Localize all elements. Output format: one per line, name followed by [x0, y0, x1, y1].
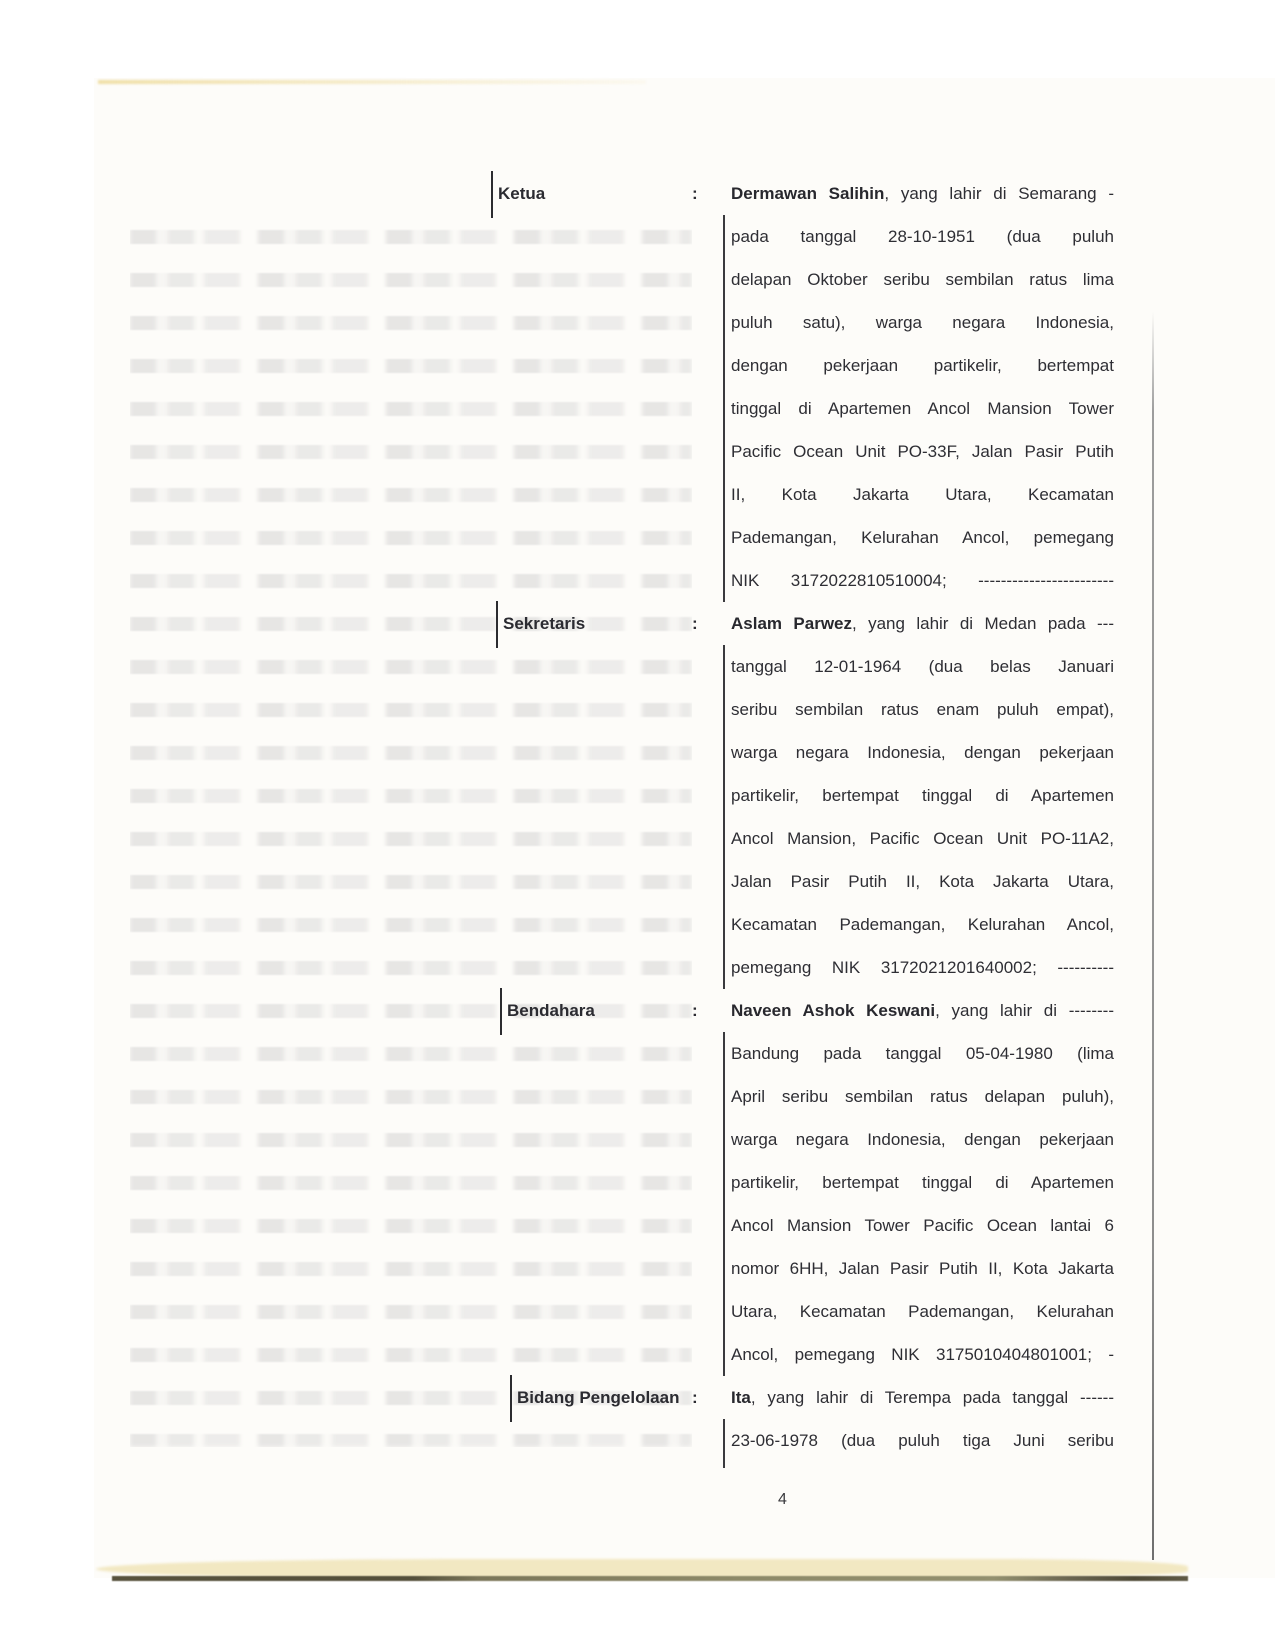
paragraph-line-rest: , yang lahir di -------- — [935, 1001, 1114, 1020]
paragraph-line: II, Kota Jakarta Utara, Kecamatan — [731, 473, 1114, 516]
role-label-text: Bidang Pengelolaan — [517, 1388, 679, 1407]
person-name: Dermawan Salihin — [731, 184, 884, 203]
bleedthrough-text — [130, 215, 692, 1447]
label-tick-mark — [510, 1375, 512, 1422]
margin-rule — [723, 1032, 725, 1376]
paragraph-line: warga negara Indonesia, dengan pekerjaan — [731, 731, 1114, 774]
paragraph-line: Ancol, pemegang NIK 3175010404801001; - — [731, 1333, 1114, 1376]
paragraph-line: warga negara Indonesia, dengan pekerjaan — [731, 1118, 1114, 1161]
role-label-text: Bendahara — [507, 1001, 595, 1020]
paragraph-line: seribu sembilan ratus enam puluh empat), — [731, 688, 1114, 731]
separator-colon: : — [692, 172, 704, 215]
paragraph-line: Naveen Ashok Keswani, yang lahir di ----… — [731, 989, 1114, 1032]
separator-colon: : — [692, 602, 704, 645]
paragraph-line: nomor 6HH, Jalan Pasir Putih II, Kota Ja… — [731, 1247, 1114, 1290]
paragraph-line-rest: , yang lahir di Medan pada --- — [852, 614, 1114, 633]
label-tick-mark — [491, 171, 493, 218]
separator-colon: : — [692, 1376, 704, 1419]
paragraph-line: partikelir, bertempat tinggal di Apartem… — [731, 1161, 1114, 1204]
scanned-document-page: Ketua : Dermawan Salihin, yang lahir di … — [0, 0, 1275, 1650]
margin-rule — [723, 645, 725, 989]
separator-colon: : — [692, 989, 704, 1032]
margin-rule — [723, 215, 725, 602]
role-label-bendahara: Bendahara — [507, 989, 595, 1032]
paragraph-line: pada tanggal 28-10-1951 (dua puluh — [731, 215, 1114, 258]
role-label-bidang-pengelolaan: Bidang Pengelolaan — [517, 1376, 679, 1419]
paragraph-line: partikelir, bertempat tinggal di Apartem… — [731, 774, 1114, 817]
paragraph-line: NIK 3172022810510004; ------------------… — [731, 559, 1114, 602]
paragraph-line: pemegang NIK 3172021201640002; ---------… — [731, 946, 1114, 989]
paragraph-line: Pademangan, Kelurahan Ancol, pemegang — [731, 516, 1114, 559]
paragraph-line: tinggal di Apartemen Ancol Mansion Tower — [731, 387, 1114, 430]
margin-rule — [723, 1419, 725, 1468]
paper-fold-line — [1152, 312, 1154, 1560]
paragraph-line: April seribu sembilan ratus delapan pulu… — [731, 1075, 1114, 1118]
paragraph-line: dengan pekerjaan partikelir, bertempat — [731, 344, 1114, 387]
paragraph-line: Aslam Parwez, yang lahir di Medan pada -… — [731, 602, 1114, 645]
person-name: Naveen Ashok Keswani — [731, 1001, 935, 1020]
paragraph-line: Ita, yang lahir di Terempa pada tanggal … — [731, 1376, 1114, 1419]
paper-edge-top — [98, 80, 646, 84]
paragraph-line: tanggal 12-01-1964 (dua belas Januari — [731, 645, 1114, 688]
role-label-sekretaris: Sekretaris — [503, 602, 585, 645]
paragraph-line: Dermawan Salihin, yang lahir di Semarang… — [731, 172, 1114, 215]
paragraph-line: 23-06-1978 (dua puluh tiga Juni seribu — [731, 1419, 1114, 1462]
label-tick-mark — [496, 601, 498, 648]
paragraph-line: Bandung pada tanggal 05-04-1980 (lima — [731, 1032, 1114, 1075]
label-tick-mark — [500, 988, 502, 1035]
paragraph-line: Jalan Pasir Putih II, Kota Jakarta Utara… — [731, 860, 1114, 903]
paper-edge-shadow — [112, 1576, 1188, 1581]
role-label-text: Ketua — [498, 184, 545, 203]
role-label-ketua: Ketua — [498, 172, 545, 215]
person-name: Ita — [731, 1388, 751, 1407]
paragraph-line: Kecamatan Pademangan, Kelurahan Ancol, — [731, 903, 1114, 946]
paragraph-line: Utara, Kecamatan Pademangan, Kelurahan — [731, 1290, 1114, 1333]
paragraph-line: Ancol Mansion Tower Pacific Ocean lantai… — [731, 1204, 1114, 1247]
paragraph-line-rest: , yang lahir di Terempa pada tanggal ---… — [751, 1388, 1114, 1407]
paragraph-line-rest: , yang lahir di Semarang - — [884, 184, 1114, 203]
paragraph-line: delapan Oktober seribu sembilan ratus li… — [731, 258, 1114, 301]
person-name: Aslam Parwez — [731, 614, 852, 633]
paragraph-line: Pacific Ocean Unit PO-33F, Jalan Pasir P… — [731, 430, 1114, 473]
paragraph-line: Ancol Mansion, Pacific Ocean Unit PO-11A… — [731, 817, 1114, 860]
paragraph-line: puluh satu), warga negara Indonesia, — [731, 301, 1114, 344]
page-number: 4 — [778, 1488, 787, 1512]
role-label-text: Sekretaris — [503, 614, 585, 633]
